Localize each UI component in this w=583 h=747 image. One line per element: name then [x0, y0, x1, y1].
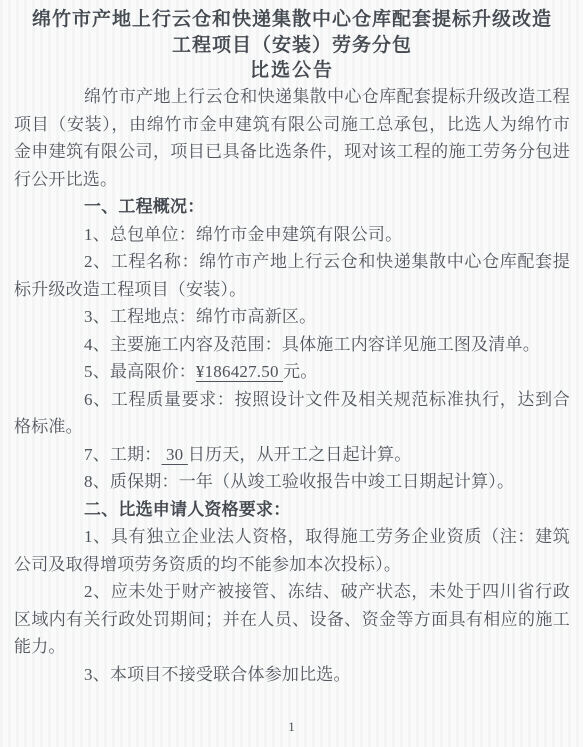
overview-item-5-max-price: 5、最高限价：¥186427.50 元。 [14, 358, 570, 386]
intro-paragraph: 绵竹市产地上行云仓和快递集散中心仓库配套提标升级改造工程项目（安装），由绵竹市金… [14, 83, 570, 193]
scanned-document: { "document": { "title_line1": "绵竹市产地上行云… [0, 0, 583, 747]
duration-suffix: 日历天，从开工之日起计算。 [188, 445, 412, 464]
duration-label: 7、工期： [84, 445, 162, 464]
announcement-page: 绵竹市产地上行云仓和快递集散中心仓库配套提标升级改造 工程项目（安装）劳务分包 … [0, 0, 583, 688]
qualification-item-1: 1、具有独立企业法人资格，取得施工劳务企业资质（注：建筑公司及取得增项劳务资质的… [14, 523, 570, 578]
overview-item-1: 1、总包单位：绵竹市金申建筑有限公司。 [14, 221, 570, 249]
document-title: 绵竹市产地上行云仓和快递集散中心仓库配套提标升级改造 工程项目（安装）劳务分包 [14, 7, 570, 59]
qualification-item-3: 3、本项目不接受联合体参加比选。 [14, 661, 570, 689]
overview-item-4: 4、主要施工内容及范围：具体施工内容详见施工图及清单。 [14, 331, 570, 359]
document-subtitle: 比选公告 [14, 59, 570, 83]
overview-item-3: 3、工程地点：绵竹市高新区。 [14, 303, 570, 331]
section-heading-qualifications: 二、比选申请人资格要求： [14, 496, 570, 524]
title-line-1: 绵竹市产地上行云仓和快递集散中心仓库配套提标升级改造 [14, 7, 570, 33]
overview-item-8: 8、质保期：一年（从竣工验收报告中竣工日期起计算）。 [14, 468, 570, 496]
max-price-suffix: 元。 [283, 362, 317, 381]
page-number: 1 [0, 719, 583, 735]
overview-item-6: 6、工程质量要求：按照设计文件及相关规范标准执行，达到合格标准。 [14, 386, 570, 441]
overview-item-7-duration: 7、工期： 30 日历天，从开工之日起计算。 [14, 441, 570, 469]
qualification-item-2: 2、应未处于财产被接管、冻结、破产状态，未处于四川省行政区域内有关行政处罚期间；… [14, 578, 570, 661]
title-line-2: 工程项目（安装）劳务分包 [14, 33, 570, 59]
max-price-value: ¥186427.50 [196, 362, 283, 381]
duration-value: 30 [162, 445, 188, 464]
max-price-label: 5、最高限价： [84, 362, 196, 381]
overview-item-2: 2、工程名称：绵竹市产地上行云仓和快递集散中心仓库配套提标升级改造工程项目（安装… [14, 248, 570, 303]
section-heading-overview: 一、工程概况： [14, 193, 570, 221]
